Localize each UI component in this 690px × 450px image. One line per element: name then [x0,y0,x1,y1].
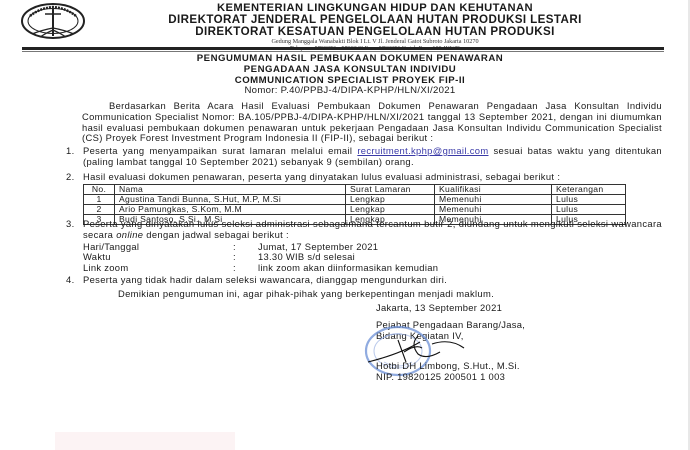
cell-no: 1 [84,195,115,205]
schedule-value: Jumat, 17 September 2021 [258,241,378,252]
schedule-value: link zoom akan diinformasikan kemudian [258,262,438,273]
cell-keterangan: Lulus [552,195,626,205]
schedule-label: Link zoom [83,263,233,273]
cell-keterangan: Lulus [552,205,626,215]
cell-surat-lamaran: Lengkap [346,195,435,205]
list-text-italic: online [116,229,143,240]
header-divider-thin [22,51,664,52]
cell-nama: Agustina Tandi Bunna, S.Hut, M.P, M.Si [115,195,346,205]
cell-nama: Ario Pamungkas, S.Kom, M.M [115,205,346,215]
list-item-2: 2. Hasil evaluasi dokumen penawaran, pes… [66,172,662,183]
interview-schedule: Hari/Tanggal:Jumat, 17 September 2021 Wa… [83,242,438,273]
intro-text: Berdasarkan Berita Acara Hasil Evaluasi … [82,100,662,143]
col-keterangan: Keterangan [552,185,626,195]
col-kualifikasi: Kualifikasi [435,185,552,195]
schedule-colon: : [233,263,258,273]
list-number: 4. [66,275,82,286]
list-item-4: 4. Peserta yang tidak hadir dalam seleks… [66,275,662,286]
list-item-1: 1. Peserta yang menyampaikan surat lamar… [66,146,662,168]
directorate-name: DIREKTORAT KESATUAN PENGELOLAAN HUTAN PR… [95,26,655,38]
office-address: Gedung Manggala Wanabakti Blok I Lt. V J… [95,38,655,45]
list-item-3: 3. Peserta yang dinyatakan lulus seleksi… [66,219,662,241]
table-header-row: No. Nama Surat Lamaran Kualifikasi Keter… [84,185,626,195]
list-text: Hasil evaluasi dokumen penawaran, pesert… [83,172,662,183]
title-line-2: PENGADAAN JASA KONSULTAN INDIVIDU [100,64,600,75]
title-line-1: PENGUMUMAN HASIL PEMBUKAAN DOKUMEN PENAW… [100,53,600,64]
list-text: dengan jadwal sebagai berikut : [143,229,289,240]
signature-date: Jakarta, 13 September 2021 [376,303,502,314]
table-row: 1 Agustina Tandi Bunna, S.Hut, M.P, M.Si… [84,195,626,205]
list-text: Peserta yang menyampaikan surat lamaran … [83,145,357,156]
schedule-colon: : [233,252,258,262]
cell-kualifikasi: Memenuhi [435,205,552,215]
intro-paragraph: Berdasarkan Berita Acara Hasil Evaluasi … [82,101,662,144]
table-row: 2 Ario Pamungkas, S.Kom, M.M Lengkap Mem… [84,205,626,215]
col-surat-lamaran: Surat Lamaran [346,185,435,195]
schedule-row: Link zoom:link zoom akan diinformasikan … [83,263,438,273]
ministry-emblem-icon [20,2,86,40]
document-page: KEMENTERIAN LINGKUNGAN HIDUP DAN KEHUTAN… [0,0,690,450]
list-number: 1. [66,146,82,157]
col-nama: Nama [115,185,346,195]
scan-artifact [55,432,235,450]
document-number: Nomor: P.40/PPBJ-4/DIPA-KPHP/HLN/XI/2021 [100,85,600,96]
announcement-title: PENGUMUMAN HASIL PEMBUKAAN DOKUMEN PENAW… [100,53,600,86]
cell-surat-lamaran: Lengkap [346,205,435,215]
col-no: No. [84,185,115,195]
header-divider [22,47,664,50]
recruitment-email-link[interactable]: recruitment.kphp@gmail.com [357,145,488,156]
closing-paragraph: Demikian pengumuman ini, agar pihak-piha… [82,289,662,300]
letterhead: KEMENTERIAN LINGKUNGAN HIDUP DAN KEHUTAN… [95,2,655,52]
cell-no: 2 [84,205,115,215]
signatory-nip: NIP. 19820125 200501 1 003 [376,372,505,383]
list-number: 2. [66,172,82,183]
list-text: Peserta yang tidak hadir dalam seleksi w… [83,275,662,286]
schedule-value: 13.30 WIB s/d selesai [258,251,355,262]
schedule-colon: : [233,242,258,252]
closing-text: Demikian pengumuman ini, agar pihak-piha… [118,288,494,299]
list-number: 3. [66,219,82,230]
cell-kualifikasi: Memenuhi [435,195,552,205]
